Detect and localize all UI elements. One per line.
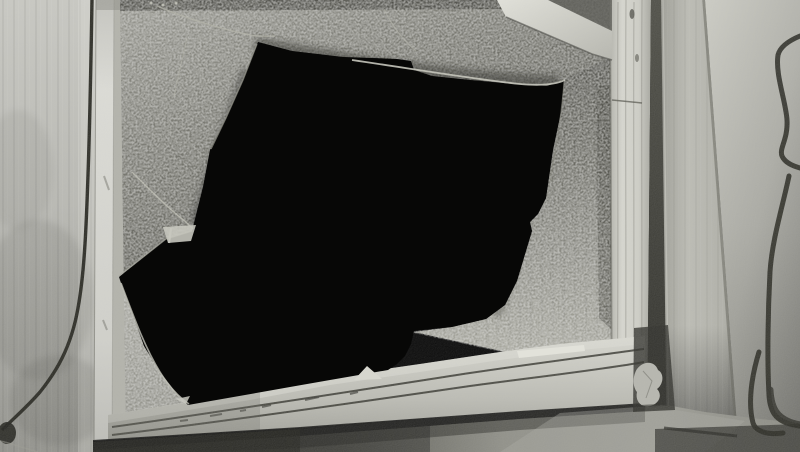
photo-canvas xyxy=(0,0,800,452)
broken-window-photograph: Broken window with a large jagged hole s… xyxy=(0,0,800,452)
